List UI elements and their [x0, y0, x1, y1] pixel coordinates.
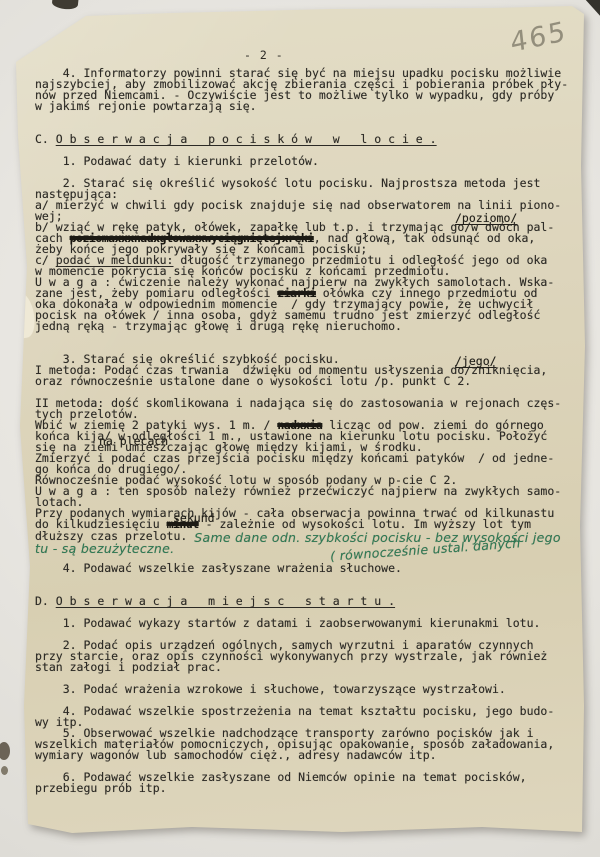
text-line: U w a g a : ten sposób należy również pr…: [35, 486, 583, 497]
text-span: C.: [35, 132, 56, 146]
text-span: 3. Podać wrażenia wzrokowe i słuchowe, t…: [35, 682, 506, 696]
text-span: oraz równocześnie ustalone dane o wysoko…: [35, 374, 471, 388]
underlined-text: O b s e r w a c j a p o c i s k ó w w l …: [56, 132, 437, 146]
section-heading-d: D. O b s e r w a c j a m i e j s c s t a…: [35, 596, 583, 607]
text-span: przebiegu prób itp.: [35, 781, 167, 795]
archive-number-pencil: 465: [509, 16, 569, 59]
paper-tear-left-edge: [9, 291, 37, 340]
text-line: 3. Podać wrażenia wzrokowe i słuchowe, t…: [35, 684, 583, 695]
text-line: w jakimś rejonie powtarzają się.: [35, 101, 583, 112]
text-span: 1. Podawać daty i kierunki przelotów.: [35, 154, 319, 168]
typed-insertion: sekund: [173, 513, 215, 524]
text-line: 1. Podawać wykazy startów z datami i zao…: [35, 618, 583, 629]
section-heading-c: C. O b s e r w a c j a p o c i s k ó w w…: [35, 134, 583, 145]
text-line: [35, 112, 583, 123]
text-line: [35, 332, 583, 343]
text-span: stan załogi i podział prac.: [35, 660, 222, 674]
text-span: jedną ręką - trzymając głowę i drugą ręk…: [35, 319, 402, 333]
underlined-text: O b s e r w a c j a m i e j s c s t a r …: [56, 594, 395, 608]
text-span: a/ mierzyć w chwili gdy pocisk znajduje …: [35, 198, 561, 212]
scan-artifact-top-right: [584, 0, 600, 18]
document-page: - 2 - 465 4. Informatorzy powinni starać…: [12, 6, 588, 840]
text-span: wymiary wagonów lub samochodów cięż., ad…: [35, 748, 437, 762]
page-number: - 2 -: [244, 50, 284, 61]
text-span: 1. Podawać wykazy startów z datami i zao…: [35, 616, 540, 630]
text-line: stan załogi i podział prac.: [35, 662, 583, 673]
text-line: [35, 574, 583, 585]
text-span: - zależnie od wysokości lotu. Im wyższy …: [199, 517, 531, 531]
text-span: U w a g a : ten sposób należy również pr…: [35, 484, 561, 498]
text-line: oraz równocześnie ustalone dane o wysoko…: [35, 376, 583, 387]
text-line: jedną ręką - trzymając głowę i drugą ręk…: [35, 321, 583, 332]
text-line: przebiegu prób itp.: [35, 783, 583, 794]
text-span: 4. Podawać wszelkie spostrzeżenia na tem…: [35, 704, 554, 718]
text-line: 4. Podawać wszelkie zasłyszane wrażenia …: [35, 563, 583, 574]
typewritten-content: 4. Informatorzy powinni starać się być n…: [35, 68, 583, 794]
text-line: a/ mierzyć w chwili gdy pocisk znajduje …: [35, 200, 583, 211]
text-line: tu - są bezużyteczne.( równocześnie usta…: [35, 541, 583, 552]
typed-insertion: na plecach: [99, 436, 168, 447]
text-line: 1. Podawać daty i kierunki przelotów.: [35, 156, 583, 167]
text-line: wymiary wagonów lub samochodów cięż., ad…: [35, 750, 583, 761]
paper-shadow: - 2 - 465 4. Informatorzy powinni starać…: [0, 0, 576, 834]
text-span: w jakimś rejonie powtarzają się.: [35, 99, 257, 113]
text-line: 4. Podawać wszelkie spostrzeżenia na tem…: [35, 706, 583, 717]
text-span: D.: [35, 594, 56, 608]
text-span: 4. Podawać wszelkie zasłyszane wrażenia …: [35, 561, 402, 575]
